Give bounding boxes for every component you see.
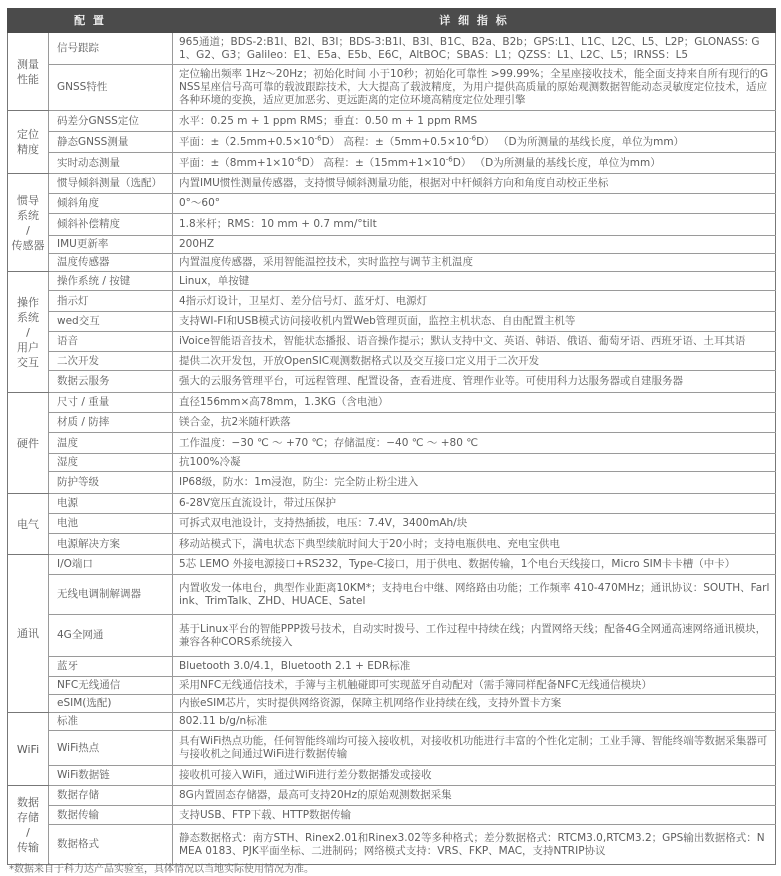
value-cell: 镁合金，抗2米随杆跌落 xyxy=(173,413,776,433)
table-row: 倾斜角度0°～60° xyxy=(8,194,776,214)
item-cell: WiFi热点 xyxy=(49,731,173,766)
value-cell: iVoice智能语音技术，智能状态播报、语音操作提示；默认支持中文、英语、韩语、… xyxy=(173,332,776,352)
value-cell: 0°～60° xyxy=(173,194,776,214)
value-cell: 基于Linux平台的智能PPP拨号技术，自动实时拨号、工作过程中持续在线；内置网… xyxy=(173,615,776,657)
value-cell: 内置收发一体电台，典型作业距离10KM*；支持电台中继、网络路由功能；工作频率 … xyxy=(173,575,776,615)
item-cell: NFC无线通信 xyxy=(49,677,173,695)
table-row: 温度工作温度：−30 ℃ ～ +70 ℃；存储温度：−40 ℃ ～ +80 ℃ xyxy=(8,433,776,454)
value-cell: Bluetooth 3.0/4.1，Bluetooth 2.1 + EDR标准 xyxy=(173,657,776,677)
item-cell: 二次开发 xyxy=(49,352,173,371)
exponent: -6 xyxy=(469,134,476,142)
value-cell: 静态数据格式：南方STH、Rinex2.01和Rinex3.02等多种格式；差分… xyxy=(173,825,776,865)
table-row: 数据存储/传输数据存储8G内置固态存储器，最高可支持20Hz的原始观测数据采集 xyxy=(8,786,776,806)
item-cell: 惯导倾斜测量（选配） xyxy=(49,174,173,194)
item-cell: 蓝牙 xyxy=(49,657,173,677)
item-cell: 语音 xyxy=(49,332,173,352)
item-cell: 数据格式 xyxy=(49,825,173,865)
value-cell: 965通道；BDS-2:B1I、B2I、B3I；BDS-3:B1I、B3I、B1… xyxy=(173,33,776,65)
value-cell: 支持USB、FTP下载、HTTP数据传输 xyxy=(173,806,776,825)
item-cell: 倾斜补偿精度 xyxy=(49,214,173,236)
value-cell: 接收机可接入WiFi，通过WiFi进行差分数据播发或接收 xyxy=(173,766,776,786)
table-row: 材质 / 防摔镁合金，抗2米随杆跌落 xyxy=(8,413,776,433)
table-row: WiFi热点具有WiFi热点功能，任何智能终端均可接入接收机，对接收机功能进行丰… xyxy=(8,731,776,766)
table-row: 语音iVoice智能语音技术，智能状态播报、语音操作提示；默认支持中文、英语、韩… xyxy=(8,332,776,352)
value-cell: IP68级，防水：1m浸泡，防尘：完全防止粉尘进入 xyxy=(173,472,776,494)
value-cell: 1.8米杆；RMS：10 mm + 0.7 mm/°tilt xyxy=(173,214,776,236)
item-cell: 数据传输 xyxy=(49,806,173,825)
table-row: 测量性能信号跟踪965通道；BDS-2:B1I、B2I、B3I；BDS-3:B1… xyxy=(8,33,776,65)
table-row: WiFi标准802.11 b/g/n标准 xyxy=(8,713,776,731)
table-row: 二次开发提供二次开发包，开放OpenSIC观测数据格式以及交互接口定义用于二次开… xyxy=(8,352,776,371)
value-cell: 水平：0.25 m + 1 ppm RMS；垂直：0.50 m + 1 ppm … xyxy=(173,111,776,132)
value-cell: 工作温度：−30 ℃ ～ +70 ℃；存储温度：−40 ℃ ～ +80 ℃ xyxy=(173,433,776,454)
item-cell: GNSS特性 xyxy=(49,65,173,111)
item-cell: I/O端口 xyxy=(49,555,173,575)
item-cell: 信号跟踪 xyxy=(49,33,173,65)
value-cell: 6-28V宽压直流设计，带过压保护 xyxy=(173,494,776,514)
value-cell: 802.11 b/g/n标准 xyxy=(173,713,776,731)
value-cell: 支持WI-FI和USB模式访问接收机内置Web管理页面，监控主机状态、自由配置主… xyxy=(173,312,776,332)
item-cell: 电池 xyxy=(49,514,173,534)
category-cell: 数据存储/传输 xyxy=(8,786,49,865)
header-config: 配 置 xyxy=(8,9,173,33)
footnote: *数据来自于科力达产品实验室，具体情况以当地实际使用情况为准。 xyxy=(9,860,314,875)
value-cell: 移动站模式下，满电状态下典型续航时间大于20小时；支持电瓶供电、充电宝供电 xyxy=(173,534,776,555)
value-cell: Linux，单按键 xyxy=(173,272,776,291)
item-cell: 材质 / 防摔 xyxy=(49,413,173,433)
table-row: 电气电源6-28V宽压直流设计，带过压保护 xyxy=(8,494,776,514)
table-row: wed交互支持WI-FI和USB模式访问接收机内置Web管理页面，监控主机状态、… xyxy=(8,312,776,332)
exponent: -6 xyxy=(295,155,302,163)
value-cell: 强大的云服务管理平台，可远程管理、配置设备，查看进度、管理作业等。可使用科力达服… xyxy=(173,371,776,393)
table-row: 数据传输支持USB、FTP下载、HTTP数据传输 xyxy=(8,806,776,825)
item-cell: 操作系统 / 按键 xyxy=(49,272,173,291)
item-cell: 湿度 xyxy=(49,454,173,472)
table-row: 指示灯4指示灯设计，卫星灯、差分信号灯、蓝牙灯、电源灯 xyxy=(8,291,776,312)
value-cell: 采用NFC无线通信技术，手簿与主机触碰即可实现蓝牙自动配对（需手簿同样配备NFC… xyxy=(173,677,776,695)
table-row: 定位精度码差分GNSS定位水平：0.25 m + 1 ppm RMS；垂直：0.… xyxy=(8,111,776,132)
value-cell: 直径156mm×高78mm，1.3KG（含电池） xyxy=(173,393,776,413)
table-row: 蓝牙Bluetooth 3.0/4.1，Bluetooth 2.1 + EDR标… xyxy=(8,657,776,677)
table-row: 防护等级IP68级，防水：1m浸泡，防尘：完全防止粉尘进入 xyxy=(8,472,776,494)
value-cell: 内置IMU惯性测量传感器，支持惯导倾斜测量功能，根据对中杆倾斜方向和角度自动校正… xyxy=(173,174,776,194)
table-row: 温度传感器内置温度传感器，采用智能温控技术，实时监控与调节主机温度 xyxy=(8,254,776,272)
category-cell: 定位精度 xyxy=(8,111,49,174)
spec-table: 配 置 详 细 指 标 测量性能信号跟踪965通道；BDS-2:B1I、B2I、… xyxy=(7,8,776,865)
table-row: 4G全网通基于Linux平台的智能PPP拨号技术，自动实时拨号、工作过程中持续在… xyxy=(8,615,776,657)
item-cell: eSIM(选配) xyxy=(49,695,173,713)
item-cell: 倾斜角度 xyxy=(49,194,173,214)
table-row: IMU更新率200HZ xyxy=(8,236,776,254)
table-row: 操作系统/用户交互操作系统 / 按键Linux，单按键 xyxy=(8,272,776,291)
item-cell: 无线电调制解调器 xyxy=(49,575,173,615)
value-cell: 平面：±（8mm+1×10-6D） 高程：±（15mm+1×10-6D） （D为… xyxy=(173,153,776,174)
table-row: 数据云服务强大的云服务管理平台，可远程管理、配置设备，查看进度、管理作业等。可使… xyxy=(8,371,776,393)
table-row: 静态GNSS测量平面：±（2.5mm+0.5×10-6D） 高程：±（5mm+0… xyxy=(8,132,776,153)
table-row: 硬件尺寸 / 重量直径156mm×高78mm，1.3KG（含电池） xyxy=(8,393,776,413)
table-row: 通讯I/O端口5芯 LEMO 外接电源接口+RS232，Type-C接口，用于供… xyxy=(8,555,776,575)
header-detail: 详 细 指 标 xyxy=(173,9,776,33)
item-cell: WiFi数据链 xyxy=(49,766,173,786)
table-header-row: 配 置 详 细 指 标 xyxy=(8,9,776,33)
item-cell: 数据存储 xyxy=(49,786,173,806)
item-cell: 电源解决方案 xyxy=(49,534,173,555)
item-cell: 温度 xyxy=(49,433,173,454)
category-cell: 操作系统/用户交互 xyxy=(8,272,49,393)
value-cell: 可拆式双电池设计，支持热插拔，电压：7.4V，3400mAh/块 xyxy=(173,514,776,534)
category-cell: WiFi xyxy=(8,713,49,786)
table-row: 惯导系统/传感器惯导倾斜测量（选配）内置IMU惯性测量传感器，支持惯导倾斜测量功… xyxy=(8,174,776,194)
item-cell: 静态GNSS测量 xyxy=(49,132,173,153)
item-cell: 标准 xyxy=(49,713,173,731)
category-cell: 惯导系统/传感器 xyxy=(8,174,49,272)
value-cell: 内置温度传感器，采用智能温控技术，实时监控与调节主机温度 xyxy=(173,254,776,272)
item-cell: 尺寸 / 重量 xyxy=(49,393,173,413)
exponent: -6 xyxy=(315,134,322,142)
category-cell: 测量性能 xyxy=(8,33,49,111)
value-cell: 内嵌eSIM芯片，实时提供网络资源，保障主机网络作业持续在线，支持外置卡方案 xyxy=(173,695,776,713)
table-row: NFC无线通信采用NFC无线通信技术，手簿与主机触碰即可实现蓝牙自动配对（需手簿… xyxy=(8,677,776,695)
category-cell: 硬件 xyxy=(8,393,49,494)
item-cell: 电源 xyxy=(49,494,173,514)
table-row: 电池可拆式双电池设计，支持热插拔，电压：7.4V，3400mAh/块 xyxy=(8,514,776,534)
value-cell: 200HZ xyxy=(173,236,776,254)
table-row: 实时动态测量平面：±（8mm+1×10-6D） 高程：±（15mm+1×10-6… xyxy=(8,153,776,174)
value-cell: 4指示灯设计，卫星灯、差分信号灯、蓝牙灯、电源灯 xyxy=(173,291,776,312)
category-cell: 电气 xyxy=(8,494,49,555)
value-cell: 5芯 LEMO 外接电源接口+RS232，Type-C接口，用于供电、数据传输，… xyxy=(173,555,776,575)
item-cell: 数据云服务 xyxy=(49,371,173,393)
table-row: 数据格式静态数据格式：南方STH、Rinex2.01和Rinex3.02等多种格… xyxy=(8,825,776,865)
table-row: 电源解决方案移动站模式下，满电状态下典型续航时间大于20小时；支持电瓶供电、充电… xyxy=(8,534,776,555)
value-cell: 8G内置固态存储器，最高可支持20Hz的原始观测数据采集 xyxy=(173,786,776,806)
table-row: 倾斜补偿精度1.8米杆；RMS：10 mm + 0.7 mm/°tilt xyxy=(8,214,776,236)
value-cell: 抗100%冷凝 xyxy=(173,454,776,472)
table-row: GNSS特性定位输出频率 1Hz～20Hz；初始化时间 小于10秒；初始化可靠性… xyxy=(8,65,776,111)
table-row: eSIM(选配)内嵌eSIM芯片，实时提供网络资源，保障主机网络作业持续在线，支… xyxy=(8,695,776,713)
category-cell: 通讯 xyxy=(8,555,49,713)
spec-body: 测量性能信号跟踪965通道；BDS-2:B1I、B2I、B3I；BDS-3:B1… xyxy=(8,33,776,865)
item-cell: wed交互 xyxy=(49,312,173,332)
value-cell: 具有WiFi热点功能，任何智能终端均可接入接收机，对接收机功能进行丰富的个性化定… xyxy=(173,731,776,766)
table-row: 湿度抗100%冷凝 xyxy=(8,454,776,472)
item-cell: 温度传感器 xyxy=(49,254,173,272)
item-cell: 4G全网通 xyxy=(49,615,173,657)
item-cell: 指示灯 xyxy=(49,291,173,312)
value-cell: 定位输出频率 1Hz～20Hz；初始化时间 小于10秒；初始化可靠性 >99.9… xyxy=(173,65,776,111)
table-row: 无线电调制解调器内置收发一体电台，典型作业距离10KM*；支持电台中继、网络路由… xyxy=(8,575,776,615)
exponent: -6 xyxy=(446,155,453,163)
table-row: WiFi数据链接收机可接入WiFi，通过WiFi进行差分数据播发或接收 xyxy=(8,766,776,786)
item-cell: 防护等级 xyxy=(49,472,173,494)
item-cell: IMU更新率 xyxy=(49,236,173,254)
value-cell: 平面：±（2.5mm+0.5×10-6D） 高程：±（5mm+0.5×10-6D… xyxy=(173,132,776,153)
item-cell: 实时动态测量 xyxy=(49,153,173,174)
item-cell: 码差分GNSS定位 xyxy=(49,111,173,132)
value-cell: 提供二次开发包，开放OpenSIC观测数据格式以及交互接口定义用于二次开发 xyxy=(173,352,776,371)
